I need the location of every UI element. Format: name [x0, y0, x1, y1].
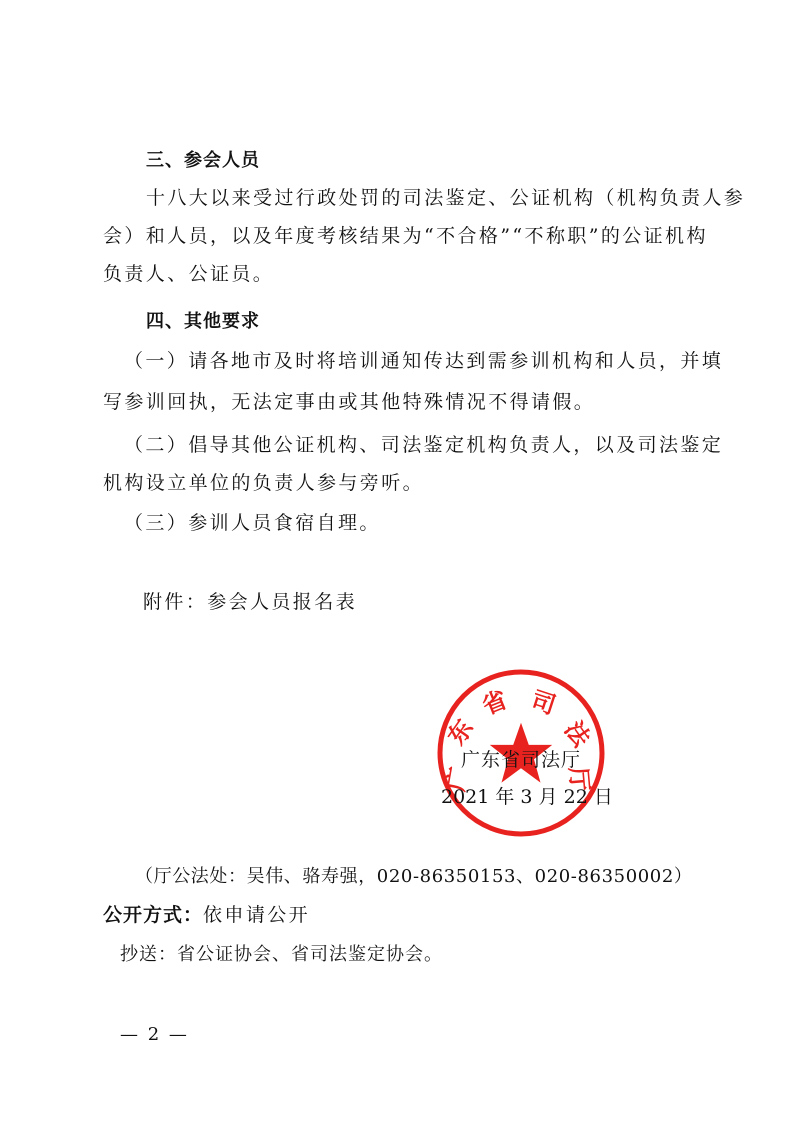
disclosure-label: 公开方式： [103, 904, 203, 926]
paragraph-line: 负责人、公证员。 [103, 262, 274, 286]
seal-char: 省 [478, 685, 511, 720]
paragraph-line: （一）请各地市及时将培训通知传达到需参训机构和人员，并填 [124, 349, 723, 373]
contact-line: （厅公法处：吴伟、骆寿强，020-86350153、020-86350002） [135, 865, 693, 889]
paragraph-line: 写参训回执，无法定事由或其他特殊情况不得请假。 [103, 390, 595, 414]
seal-char: 司 [528, 686, 559, 720]
signature-date: 2021 年 3 月 22 日 [441, 785, 613, 809]
paragraph-line: 十八大以来受过行政处罚的司法鉴定、公证机构（机构负责人参 [146, 186, 745, 210]
attachment-line: 附件：参会人员报名表 [143, 590, 357, 614]
signature-org: 广东省司法厅 [461, 748, 581, 772]
paragraph-line: 会）和人员，以及年度考核结果为“不合格”“不称职”的公证机构 [103, 224, 708, 248]
disclosure-value: 依申请公开 [203, 904, 310, 926]
paragraph-line: 机构设立单位的负责人参与旁听。 [103, 471, 424, 495]
paragraph-line: （三）参训人员食宿自理。 [124, 511, 381, 535]
section-heading-other-requirements: 四、其他要求 [146, 310, 260, 334]
disclosure-line: 公开方式：依申请公开 [103, 903, 310, 927]
paragraph-line: （二）倡导其他公证机构、司法鉴定机构负责人，以及司法鉴定 [124, 433, 723, 457]
page-number: — 2 — [120, 1023, 189, 1047]
cc-line: 抄送：省公证协会、省司法鉴定协会。 [120, 943, 443, 967]
section-heading-participants: 三、参会人员 [146, 149, 260, 173]
